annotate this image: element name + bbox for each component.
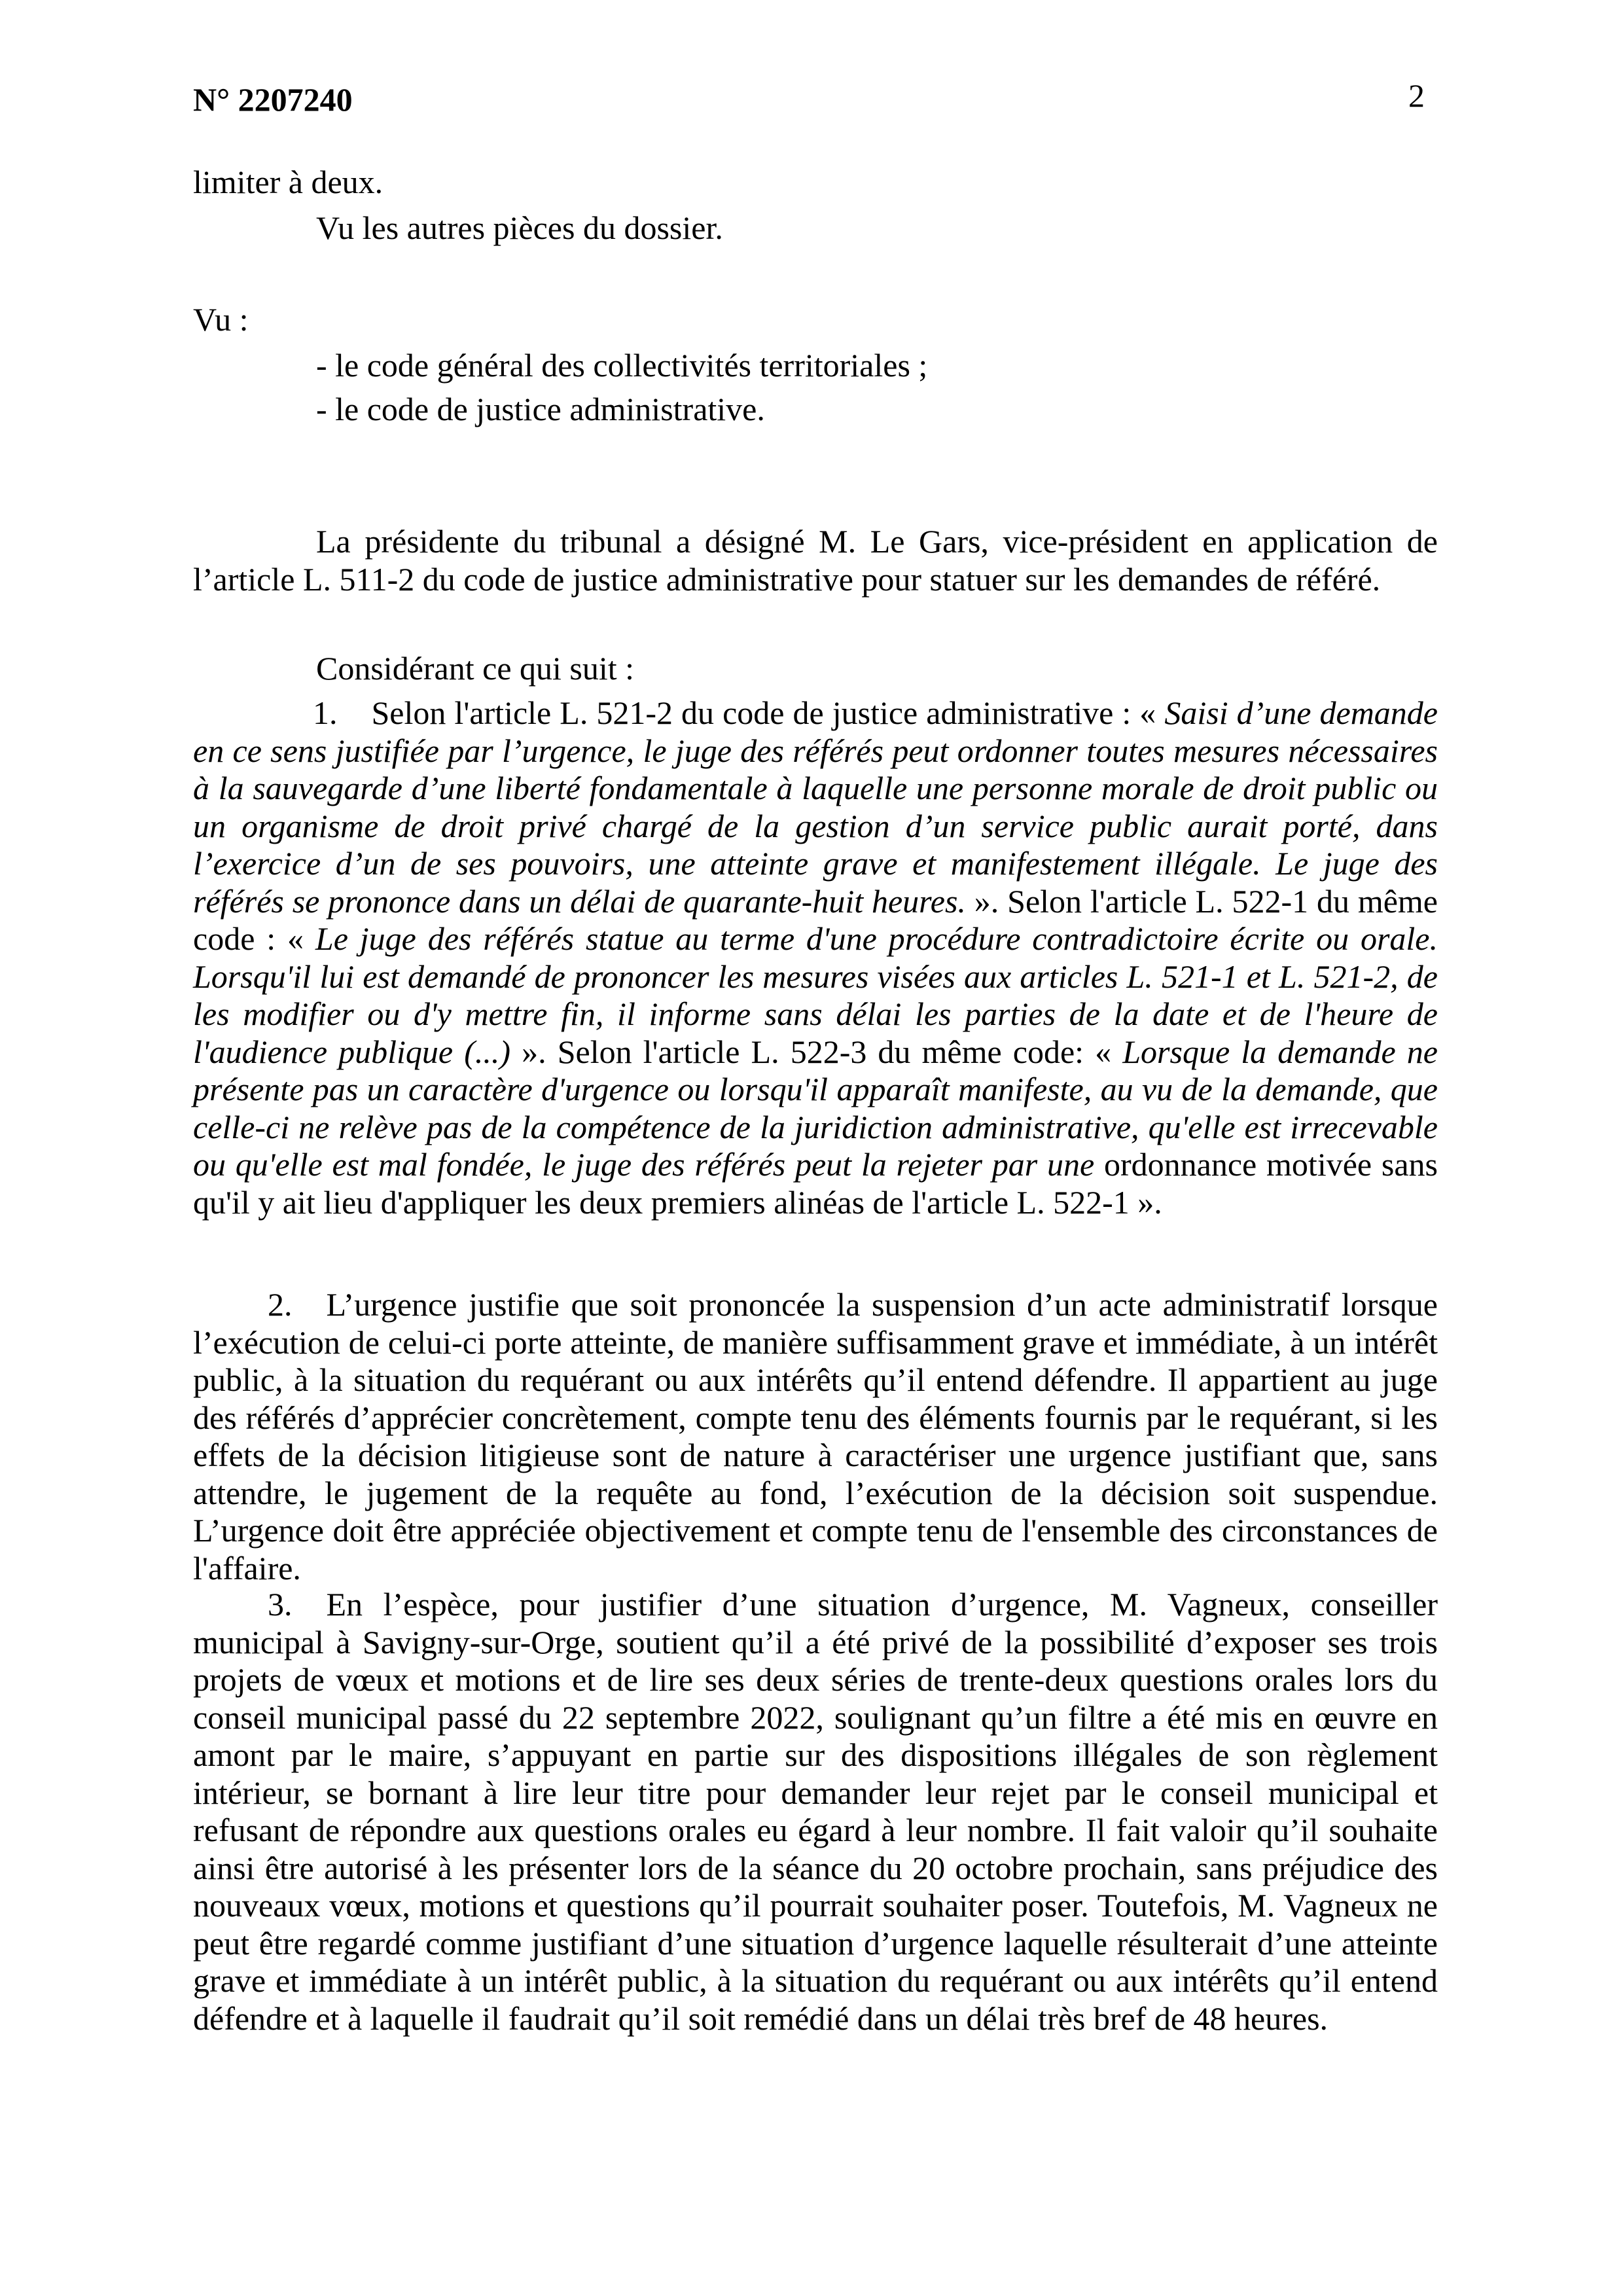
paragraph-1: 1.Selon l'article L. 521-2 du code de ju… <box>193 694 1438 1221</box>
paragraph-number: 1. <box>313 694 338 731</box>
paragraph-number: 2. <box>268 1286 293 1323</box>
body-text: Selon l'article L. 521-2 du code de just… <box>372 694 1165 731</box>
paragraph-3: 3.En l’espèce, pour justifier d’une situ… <box>193 1586 1438 2037</box>
paragraph-2: 2.L’urgence justifie que soit prononcée … <box>193 1286 1438 1587</box>
continuation-line: limiter à deux. <box>193 164 1438 202</box>
judge-designation-paragraph: La présidente du tribunal a désigné M. L… <box>193 523 1438 598</box>
body-text: En l’espèce, pour justifier d’une situat… <box>193 1586 1438 2037</box>
vu-item-code-collectivites: - le code général des collectivités terr… <box>193 347 1438 385</box>
body-text: L’urgence justifie que soit prononcée la… <box>193 1286 1438 1587</box>
case-number: N° 2207240 <box>193 81 1438 119</box>
vu-heading: Vu : <box>193 301 1438 339</box>
body-text: ». Selon l'article L. 522-3 du même code… <box>510 1033 1122 1070</box>
document-page: N° 2207240 2 limiter à deux. Vu les autr… <box>0 0 1623 2296</box>
vu-pieces-line: Vu les autres pièces du dossier. <box>193 209 1438 247</box>
vu-item-code-justice: - le code de justice administrative. <box>193 391 1438 429</box>
page-number: 2 <box>1408 77 1425 115</box>
considerant-heading: Considérant ce qui suit : <box>193 650 1438 688</box>
paragraph-number: 3. <box>268 1586 293 1623</box>
